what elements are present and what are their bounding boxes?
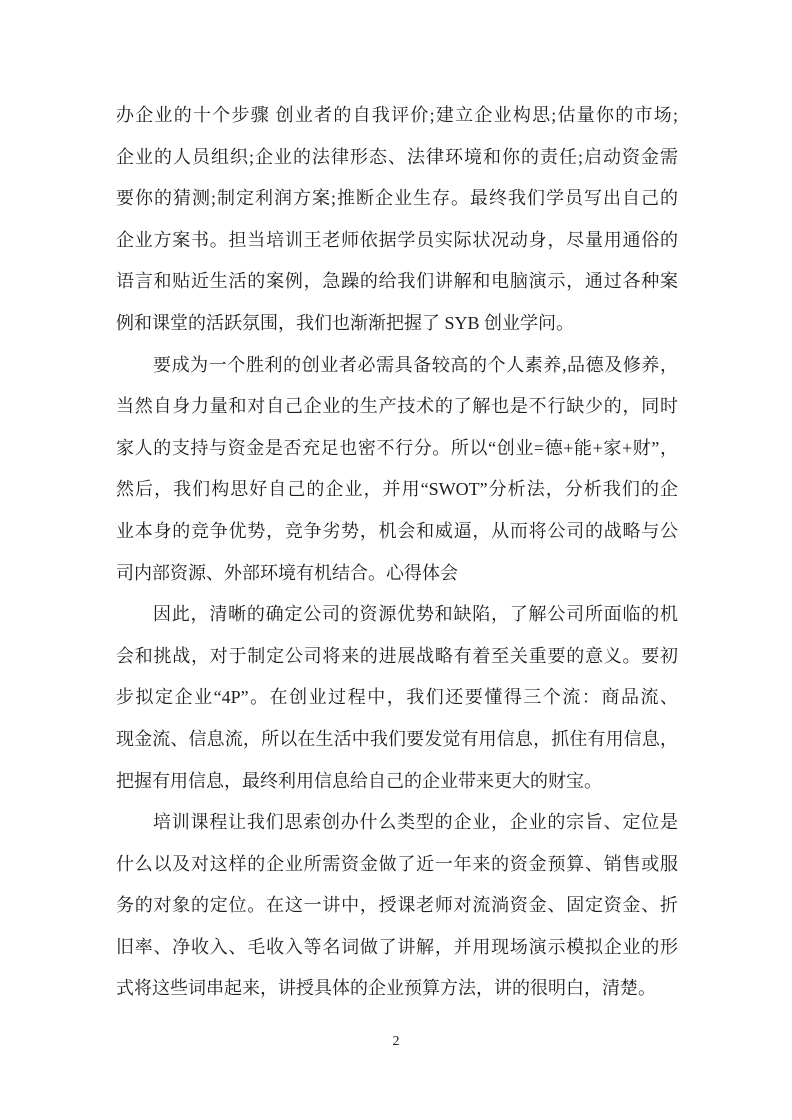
text-line: 办企业的十个步骤 创业者的自我评价;建立企业构思;估量你的市场; — [116, 95, 678, 137]
text-line: 步拟定企业“4P”。在创业过程中，我们还要懂得三个流：商品流、 — [116, 677, 678, 719]
paragraph: 办企业的十个步骤 创业者的自我评价;建立企业构思;估量你的市场;企业的人员组织;… — [116, 95, 678, 345]
text-line: 要成为一个胜利的创业者必需具备较高的个人素养,品德及修养， — [116, 345, 678, 387]
text-line: 把握有用信息，最终利用信息给自己的企业带来更大的财宝。 — [116, 761, 678, 803]
text-line: 家人的支持与资金是否充足也密不行分。所以“创业=德+能+家+财”， — [116, 428, 678, 470]
text-line: 务的对象的定位。在这一讲中，授课老师对流淌资金、固定资金、折 — [116, 885, 678, 927]
paragraph: 因此，清晰的确定公司的资源优势和缺陷，了解公司所面临的机会和挑战，对于制定公司将… — [116, 594, 678, 802]
text-line: 当然自身力量和对自己企业的生产技术的了解也是不行缺少的，同时 — [116, 386, 678, 428]
text-line: 然后，我们构思好自己的企业，并用“SWOT”分析法，分析我们的企 — [116, 469, 678, 511]
text-line: 培训课程让我们思索创办什么类型的企业，企业的宗旨、定位是 — [116, 802, 678, 844]
text-line: 旧率、净收入、毛收入等名词做了讲解，并用现场演示模拟企业的形 — [116, 927, 678, 969]
text-line: 企业的人员组织;企业的法律形态、法律环境和你的责任;启动资金需 — [116, 137, 678, 179]
text-line: 要你的猜测;制定利润方案;推断企业生存。最终我们学员写出自己的 — [116, 178, 678, 220]
text-line: 会和挑战，对于制定公司将来的进展战略有着至关重要的意义。要初 — [116, 636, 678, 678]
text-line: 司内部资源、外部环境有机结合。心得体会 — [116, 553, 678, 595]
page-footer: 2 — [0, 1032, 792, 1050]
document-body: 办企业的十个步骤 创业者的自我评价;建立企业构思;估量你的市场;企业的人员组织;… — [116, 95, 678, 1010]
text-line: 业本身的竞争优势，竞争劣势，机会和威逼，从而将公司的战略与公 — [116, 511, 678, 553]
document-page: 办企业的十个步骤 创业者的自我评价;建立企业构思;估量你的市场;企业的人员组织;… — [0, 0, 792, 1120]
text-line: 语言和贴近生活的案例，急躁的给我们讲解和电脑演示，通过各种案 — [116, 261, 678, 303]
text-line: 企业方案书。担当培训王老师依据学员实际状况动身，尽量用通俗的 — [116, 220, 678, 262]
text-line: 因此，清晰的确定公司的资源优势和缺陷，了解公司所面临的机 — [116, 594, 678, 636]
page-number: 2 — [393, 1034, 400, 1049]
text-line: 式将这些词串起来，讲授具体的企业预算方法，讲的很明白，清楚。 — [116, 968, 678, 1010]
text-line: 例和课堂的活跃氛围，我们也渐渐把握了 SYB 创业学问。 — [116, 303, 678, 345]
paragraph: 要成为一个胜利的创业者必需具备较高的个人素养,品德及修养，当然自身力量和对自己企… — [116, 345, 678, 595]
text-line: 什么以及对这样的企业所需资金做了近一年来的资金预算、销售或服 — [116, 844, 678, 886]
paragraph: 培训课程让我们思索创办什么类型的企业，企业的宗旨、定位是什么以及对这样的企业所需… — [116, 802, 678, 1010]
text-line: 现金流、信息流，所以在生活中我们要发觉有用信息，抓住有用信息， — [116, 719, 678, 761]
